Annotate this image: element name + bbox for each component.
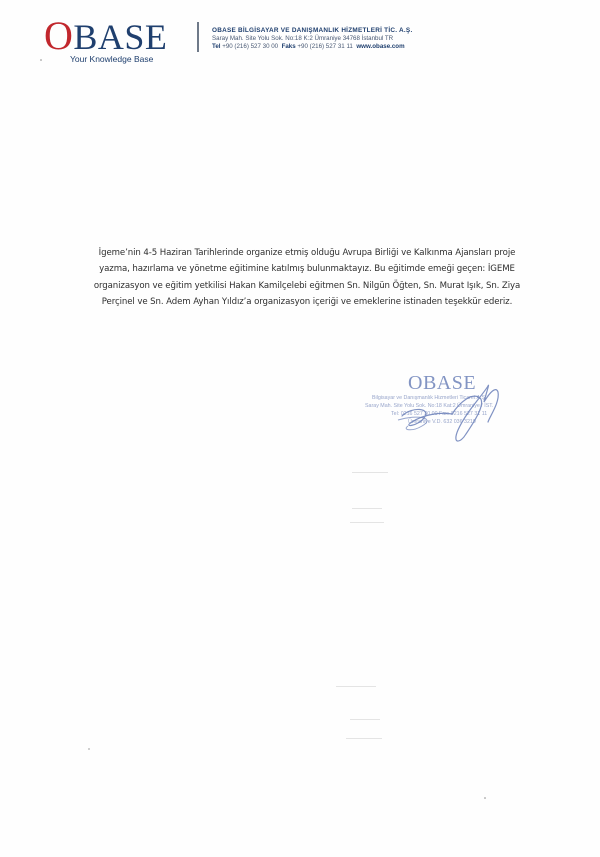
scan-mark: [350, 522, 384, 523]
scan-mark: [352, 472, 388, 473]
letter-line: Perçinel ve Sn. Adem Ayhan Yıldız’a orga…: [66, 294, 548, 310]
header-divider: [197, 22, 199, 52]
letter-body: İgeme’nin 4-5 Haziran Tarihlerinde organ…: [66, 245, 548, 310]
logo-initial: O: [44, 13, 73, 58]
scan-mark: [352, 508, 382, 509]
scan-mark: [350, 719, 380, 720]
letter-line: organizasyon ve eğitim yetkilisi Hakan K…: [66, 278, 548, 294]
document-page: OBASE Your Knowledge Base OBASE BİLGİSAY…: [0, 0, 600, 857]
company-info: OBASE BİLGİSAYAR VE DANIŞMANLIK HİZMETLE…: [212, 26, 412, 51]
logo-wordmark: OBASE: [44, 19, 189, 54]
logo-tagline: Your Knowledge Base: [70, 54, 189, 64]
scan-mark: [346, 738, 382, 739]
tel-label: Tel: [212, 43, 220, 50]
logo-rest: BASE: [73, 17, 167, 57]
scan-mark: [40, 59, 42, 61]
fax-label: Faks: [282, 43, 296, 50]
scan-mark: [88, 748, 90, 750]
scan-mark: [484, 797, 486, 799]
scan-mark: [336, 686, 376, 687]
website-link[interactable]: www.obase.com: [356, 43, 404, 50]
company-contact: Tel +90 (216) 527 30 00 Faks +90 (216) 5…: [212, 43, 412, 51]
company-logo: OBASE Your Knowledge Base: [44, 19, 189, 64]
company-stamp: OBASE Bilgisayar ve Danışmanlık Hizmetle…: [362, 372, 562, 452]
fax-number: +90 (216) 527 31 11: [297, 43, 352, 50]
company-name: OBASE BİLGİSAYAR VE DANIŞMANLIK HİZMETLE…: [212, 26, 412, 35]
company-address: Saray Mah. Site Yolu Sok. No:18 K:2 Ümra…: [212, 35, 412, 43]
letter-line: İgeme’nin 4-5 Haziran Tarihlerinde organ…: [66, 245, 548, 261]
tel-number: +90 (216) 527 30 00: [222, 43, 278, 50]
letter-line: yazma, hazırlama ve yönetme eğitimine ka…: [66, 261, 548, 277]
signature-icon: [362, 372, 562, 452]
